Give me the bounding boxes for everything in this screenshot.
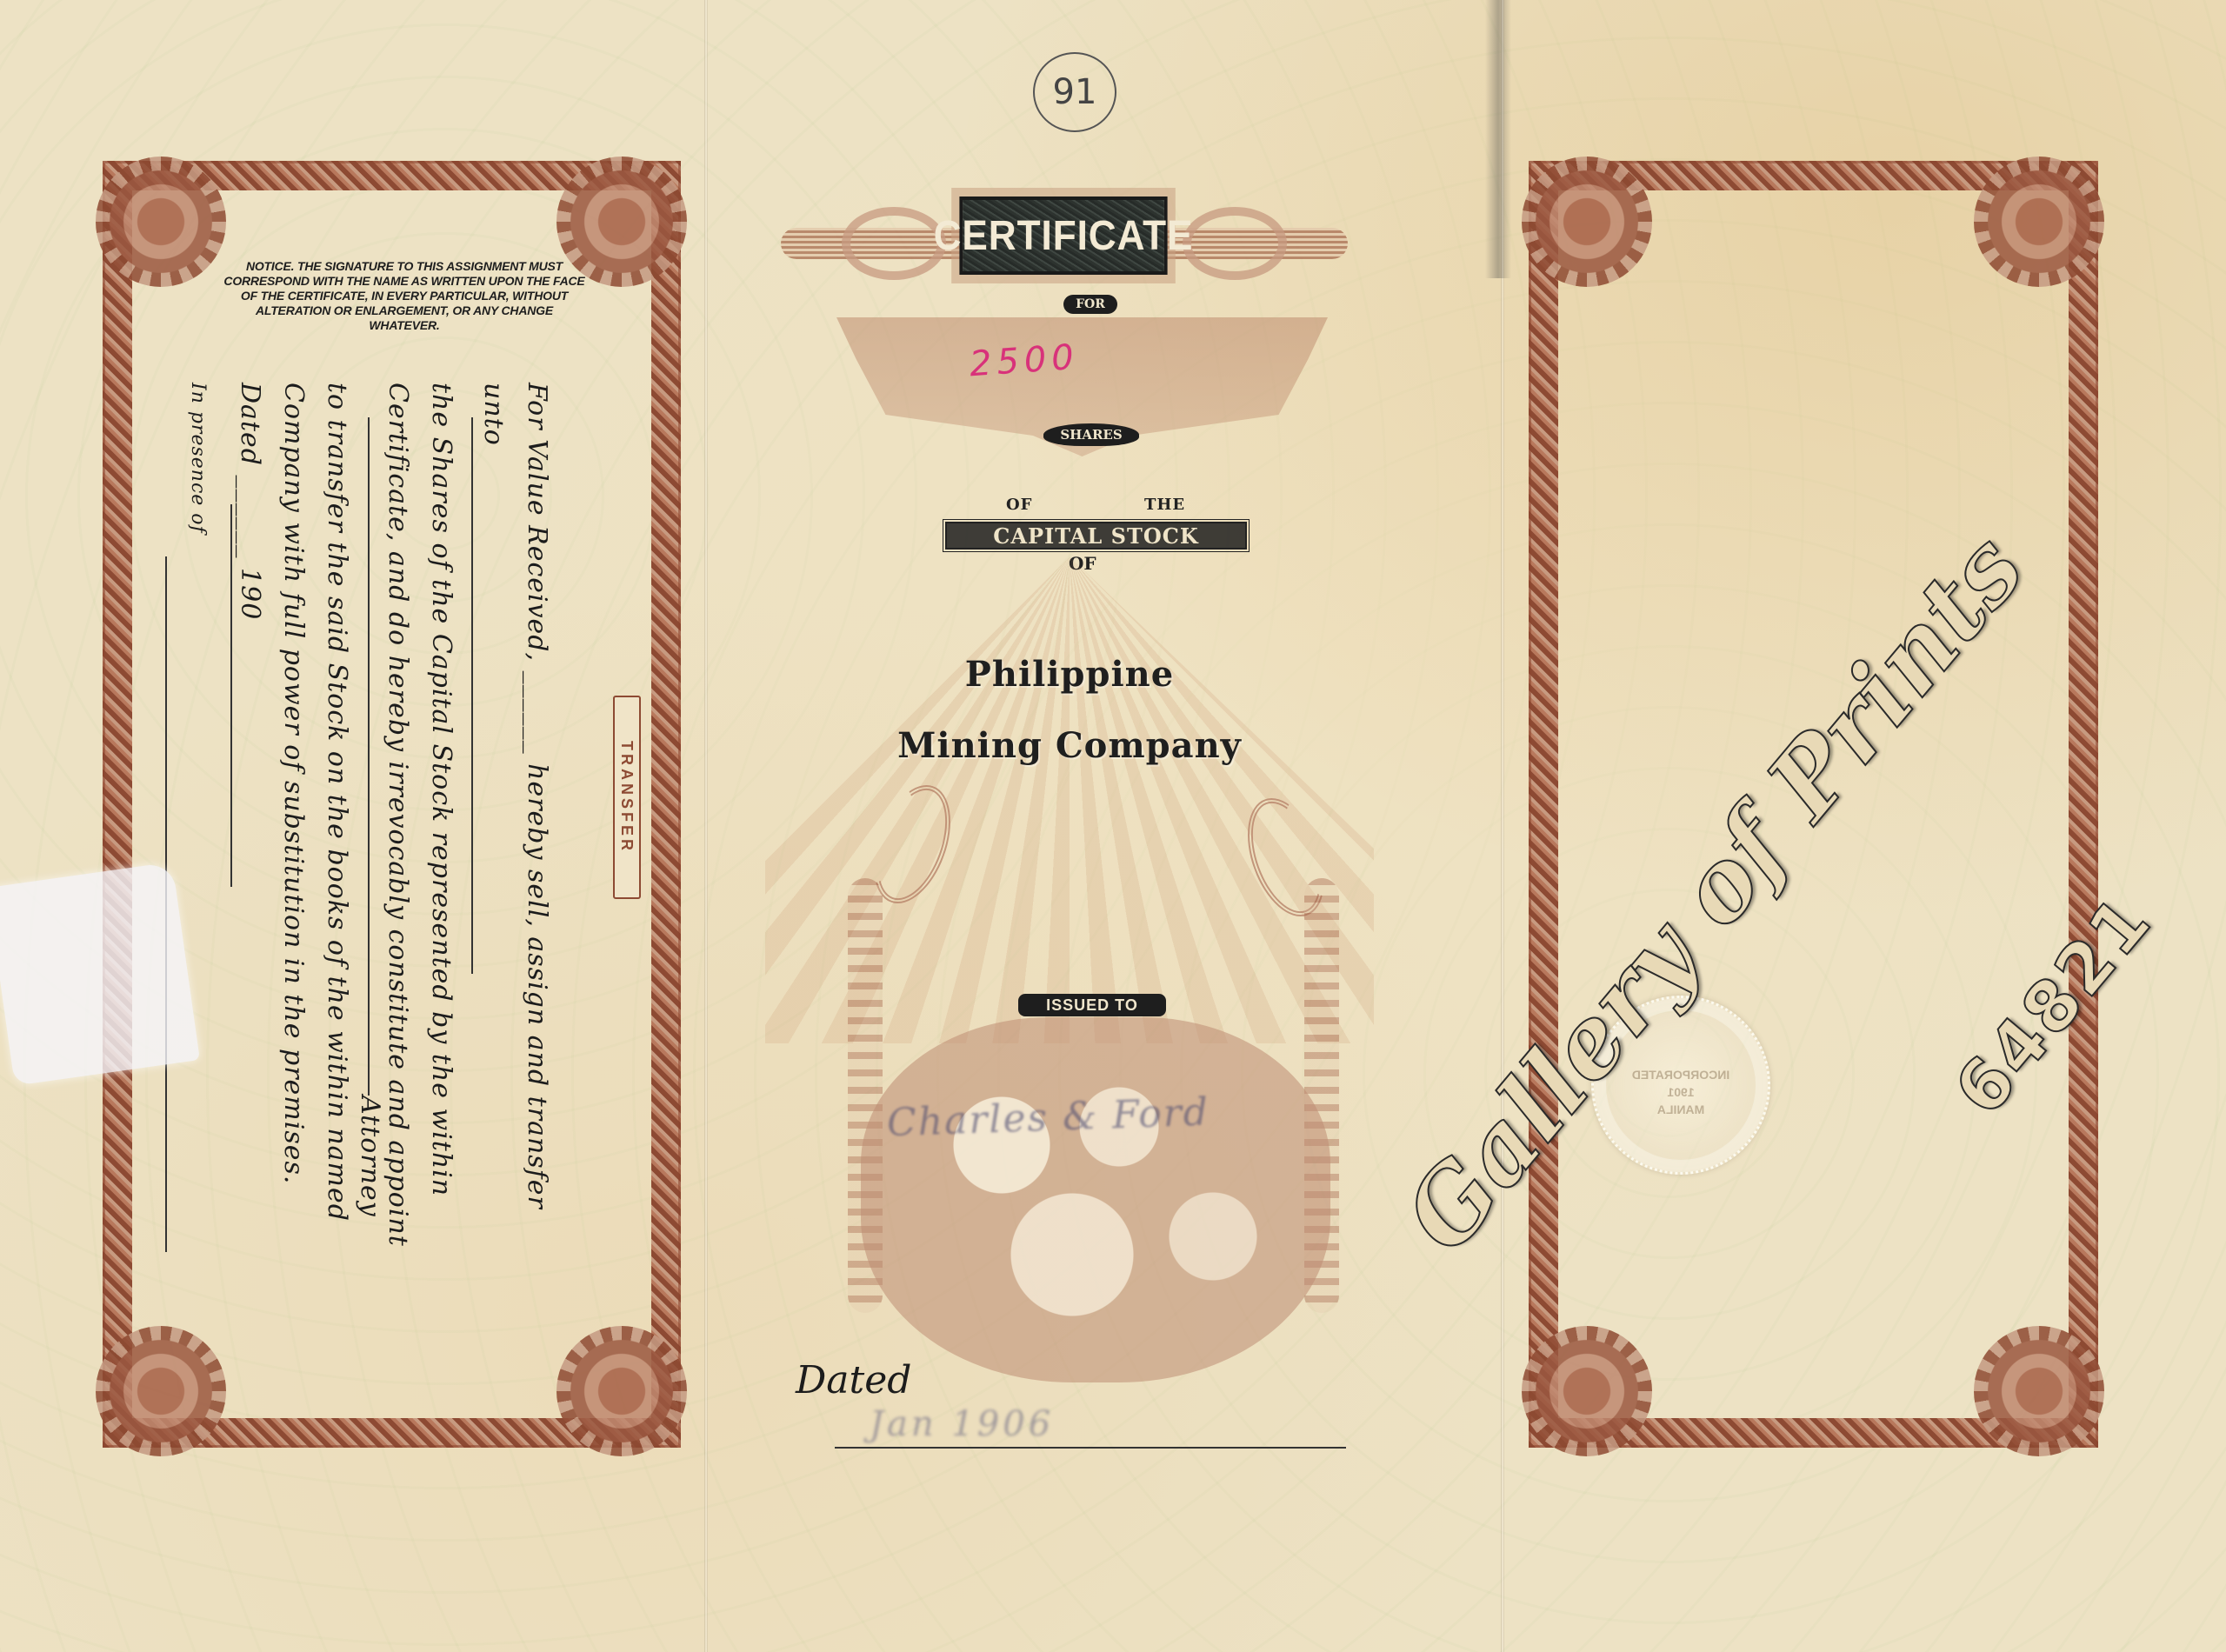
assignment-line: the Shares of the Capital Stock represen… bbox=[426, 383, 457, 1348]
assignment-form: For Value Received, ______ hereby sell, … bbox=[157, 383, 591, 1348]
assignment-line: Company with full power of substitution … bbox=[278, 383, 309, 1348]
archive-number: 91 bbox=[1033, 52, 1116, 132]
company-name-line-2: Mining Company bbox=[765, 725, 1374, 766]
company-name-line-1: Philippine bbox=[765, 654, 1374, 695]
signature-notice: NOTICE. THE SIGNATURE TO THIS ASSIGNMENT… bbox=[222, 259, 587, 333]
seal-line: MANILA bbox=[1594, 1101, 1768, 1118]
tape-repair bbox=[0, 862, 200, 1086]
corner-ornament-icon bbox=[96, 157, 226, 287]
certificate-header: CERTIFICATE bbox=[781, 183, 1348, 313]
share-count: 2500 bbox=[969, 337, 1081, 385]
shares-label: SHARES bbox=[1043, 423, 1139, 446]
dated-blank-line bbox=[230, 504, 232, 887]
certificate-title: CERTIFICATE bbox=[959, 197, 1167, 275]
corner-ornament-icon bbox=[1522, 1326, 1652, 1456]
corner-ornament-icon bbox=[1522, 157, 1652, 287]
cloud-vignette bbox=[861, 1017, 1330, 1382]
of-label: OF bbox=[1006, 496, 1032, 514]
fold-line-right bbox=[1501, 0, 1504, 1652]
for-label: FOR bbox=[1063, 295, 1117, 314]
assignment-line: to transfer the said Stock on the books … bbox=[322, 383, 352, 1348]
issued-to-label: ISSUED TO bbox=[1018, 994, 1166, 1016]
attorney-label: Attorney bbox=[355, 1096, 385, 1217]
fold-line-left bbox=[704, 0, 708, 1652]
assignment-line: unto bbox=[478, 383, 509, 1348]
assignment-line: Certificate, and do hereby irrevocably c… bbox=[383, 383, 413, 1348]
assignee-blank-line bbox=[471, 417, 473, 974]
dated-line: Dated ______ 190 bbox=[235, 383, 265, 1348]
dated-label: Dated bbox=[796, 1358, 911, 1402]
corner-ornament-icon bbox=[1974, 157, 2104, 287]
ring-ornament-icon bbox=[842, 207, 946, 280]
the-label: THE bbox=[1144, 496, 1185, 514]
in-presence-of-label: In presence of bbox=[187, 383, 209, 1348]
attorney-blank-line bbox=[368, 417, 370, 1096]
assignment-line: For Value Received, ______ hereby sell, … bbox=[522, 383, 552, 1348]
dated-value: Jan 1906 bbox=[870, 1404, 1054, 1444]
dated-blank-line bbox=[835, 1447, 1346, 1449]
transfer-tab-label: TRANSFER bbox=[613, 696, 641, 899]
ring-ornament-icon bbox=[1183, 207, 1287, 280]
corner-ornament-icon bbox=[1974, 1326, 2104, 1456]
capital-stock-label: CAPITAL STOCK bbox=[945, 522, 1247, 550]
